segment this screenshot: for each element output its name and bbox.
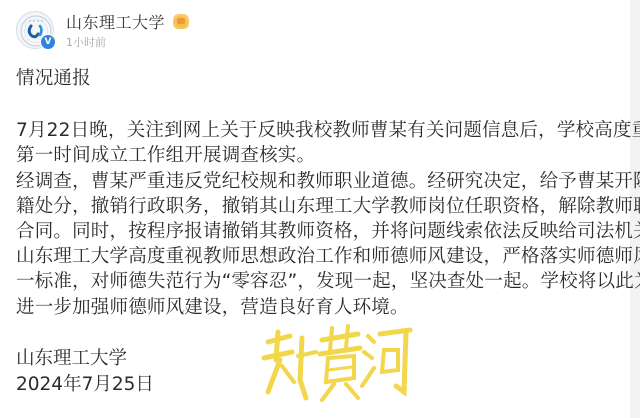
text-line: 经调查，曹某严重违反党纪校规和教师职业道德。经研究决定，给予曹某开除党 — [16, 169, 626, 194]
account-name[interactable]: 山东理工大学 — [66, 10, 165, 33]
notice-paragraphs: 7月22日晚，关注到网上关于反映我校教师曹某有关问题信息后，学校高度重视， 第一… — [16, 118, 626, 320]
header-text: 山东理工大学 1小时前 — [66, 11, 189, 50]
xinhuanghe-watermark-logo-icon — [250, 320, 420, 410]
verified-badge-icon: V — [40, 34, 56, 50]
text-line: 山东理工大学高度重视教师思想政治工作和师德师风建设，严格落实师德师风第 — [16, 244, 626, 269]
text-line: 籍处分，撤销行政职务，撤销其山东理工大学教师岗位任职资格，解除教师聘用 — [16, 194, 626, 219]
text-line: 第一时间成立工作组开展调查核实。 — [16, 143, 626, 168]
text-line: 进一步加强师德师风建设，营造良好育人环境。 — [16, 295, 626, 320]
vip-crown-badge-icon[interactable] — [173, 14, 189, 29]
post-timestamp: 1小时前 — [66, 34, 189, 50]
post-header: V 山东理工大学 1小时前 — [16, 8, 189, 52]
name-row: 山东理工大学 — [66, 11, 189, 33]
text-line: 一标准，对师德失范行为“零容忍”，发现一起，坚决查处一起。学校将以此为鉴， — [16, 269, 626, 294]
signature-block: 山东理工大学 2024年7月25日 — [16, 346, 154, 398]
signature-date: 2024年7月25日 — [16, 372, 154, 398]
text-line: 7月22日晚，关注到网上关于反映我校教师曹某有关问题信息后，学校高度重视， — [16, 118, 626, 143]
notice-title: 情况通报 — [16, 66, 626, 91]
signature-name: 山东理工大学 — [16, 346, 154, 372]
avatar[interactable]: V — [16, 11, 54, 49]
post-body: 情况通报 7月22日晚，关注到网上关于反映我校教师曹某有关问题信息后，学校高度重… — [16, 66, 626, 320]
text-line: 合同。同时，按程序报请撤销其教师资格，并将问题线索依法反映给司法机关。 — [16, 219, 626, 244]
